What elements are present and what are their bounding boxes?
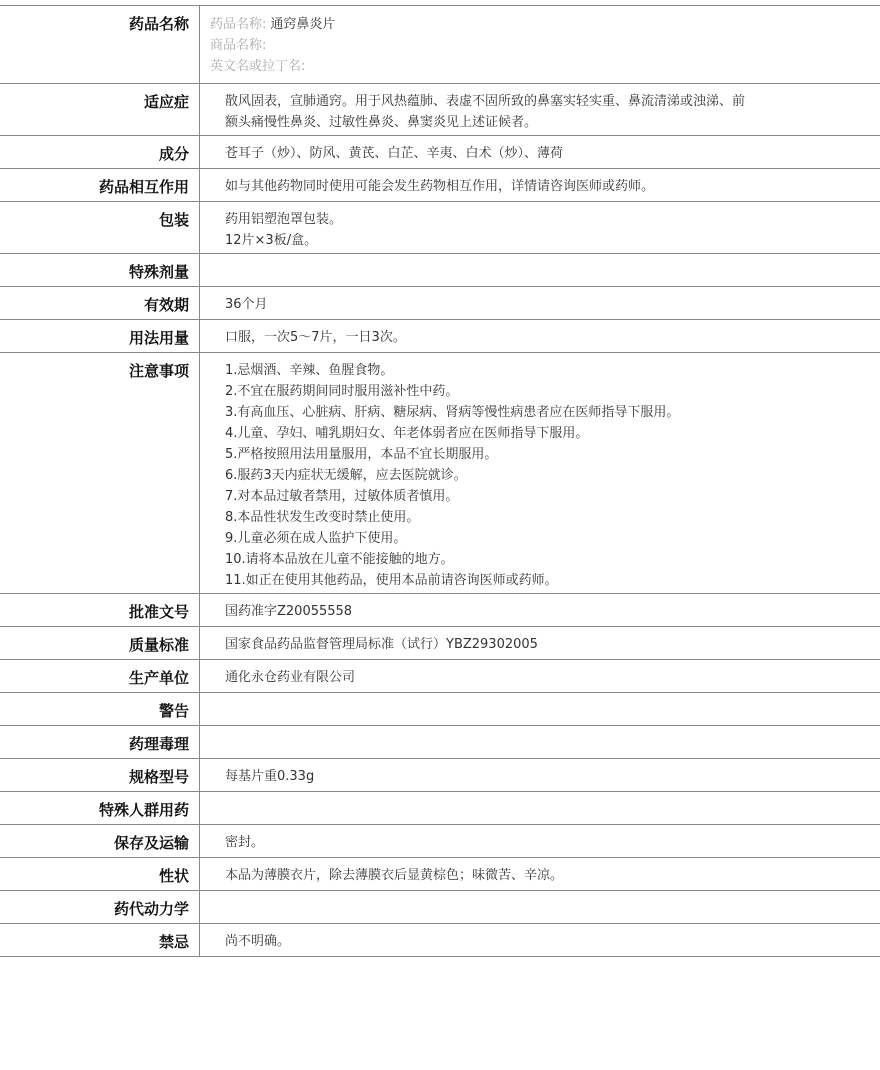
row-label: 质量标准 [0, 627, 200, 659]
row-label: 特殊人群用药 [0, 792, 200, 824]
value-line: 2.不宜在服药期间同时服用滋补性中药。 [225, 381, 880, 402]
row-value: 国家食品药品监督管理局标准（试行）YBZ29302005 [200, 627, 880, 659]
row-label: 用法用量 [0, 320, 200, 352]
value-line: 每基片重0.33g [225, 766, 880, 787]
row-value: 密封。 [200, 825, 880, 857]
value-line: 尚不明确。 [225, 931, 880, 952]
row-label: 药品相互作用 [0, 169, 200, 201]
row-label: 注意事项 [0, 353, 200, 593]
table-row: 性状本品为薄膜衣片，除去薄膜衣后显黄棕色；味微苦、辛凉。 [0, 858, 880, 891]
table-row: 规格型号每基片重0.33g [0, 759, 880, 792]
value-line: 如与其他药物同时使用可能会发生药物相互作用，详情请咨询医师或药师。 [225, 176, 880, 197]
table-row: 药理毒理 [0, 726, 880, 759]
row-label: 禁忌 [0, 924, 200, 956]
row-label: 批准文号 [0, 594, 200, 626]
table-row: 特殊人群用药 [0, 792, 880, 825]
table-row: 包装药用铝塑泡罩包装。12片×3板/盒。 [0, 202, 880, 254]
name-field-value: 通窍鼻炎片 [270, 17, 335, 32]
value-line: 药用铝塑泡罩包装。 [225, 209, 880, 230]
row-label: 警告 [0, 693, 200, 725]
row-value: 口服，一次5～7片，一日3次。 [200, 320, 880, 352]
value-line: 8.本品性状发生改变时禁止使用。 [225, 507, 880, 528]
value-line: 4.儿童、孕妇、哺乳期妇女、年老体弱者应在医师指导下服用。 [225, 423, 880, 444]
row-label: 药品名称 [0, 6, 200, 83]
table-row: 注意事项1.忌烟酒、辛辣、鱼腥食物。2.不宜在服药期间同时服用滋补性中药。3.有… [0, 353, 880, 594]
table-row: 特殊剂量 [0, 254, 880, 287]
name-field-key: 商品名称: [210, 38, 266, 53]
name-field-key: 药品名称: [210, 17, 266, 32]
row-label: 生产单位 [0, 660, 200, 692]
row-label: 包装 [0, 202, 200, 253]
value-line: 7.对本品过敏者禁用，过敏体质者慎用。 [225, 486, 880, 507]
name-field: 药品名称:通窍鼻炎片 [210, 14, 880, 35]
row-label: 药理毒理 [0, 726, 200, 758]
row-label: 特殊剂量 [0, 254, 200, 286]
row-value [200, 891, 880, 923]
table-row: 禁忌尚不明确。 [0, 924, 880, 957]
value-line: 苍耳子（炒）、防风、黄芪、白芷、辛夷、白术（炒）、薄荷 [225, 143, 880, 164]
row-value [200, 693, 880, 725]
table-row: 成分苍耳子（炒）、防风、黄芪、白芷、辛夷、白术（炒）、薄荷 [0, 136, 880, 169]
value-line: 36个月 [225, 294, 880, 315]
table-row: 生产单位通化永仓药业有限公司 [0, 660, 880, 693]
row-label: 有效期 [0, 287, 200, 319]
row-value [200, 254, 880, 286]
row-label: 规格型号 [0, 759, 200, 791]
row-value: 药用铝塑泡罩包装。12片×3板/盒。 [200, 202, 880, 253]
name-field-key: 英文名或拉丁名: [210, 59, 305, 74]
value-line: 密封。 [225, 832, 880, 853]
row-label: 性状 [0, 858, 200, 890]
table-row: 药品名称药品名称:通窍鼻炎片商品名称:英文名或拉丁名: [0, 6, 880, 84]
table-row: 用法用量口服，一次5～7片，一日3次。 [0, 320, 880, 353]
value-line: 3.有高血压、心脏病、肝病、糖尿病、肾病等慢性病患者应在医师指导下服用。 [225, 402, 880, 423]
row-value: 通化永仓药业有限公司 [200, 660, 880, 692]
row-value: 本品为薄膜衣片，除去薄膜衣后显黄棕色；味微苦、辛凉。 [200, 858, 880, 890]
row-value [200, 726, 880, 758]
value-line: 额头痛慢性鼻炎、过敏性鼻炎、鼻窦炎见上述证候者。 [225, 112, 880, 133]
row-value: 如与其他药物同时使用可能会发生药物相互作用，详情请咨询医师或药师。 [200, 169, 880, 201]
value-line: 1.忌烟酒、辛辣、鱼腥食物。 [225, 360, 880, 381]
value-line: 散风固表，宣肺通窍。用于风热蕴肺、表虚不固所致的鼻塞实轻实重、鼻流清涕或浊涕、前 [225, 91, 880, 112]
name-field: 商品名称: [210, 35, 880, 56]
table-row: 药品相互作用如与其他药物同时使用可能会发生药物相互作用，详情请咨询医师或药师。 [0, 169, 880, 202]
value-line: 11.如正在使用其他药品，使用本品前请咨询医师或药师。 [225, 570, 880, 591]
row-value [200, 792, 880, 824]
table-row: 有效期36个月 [0, 287, 880, 320]
row-value: 苍耳子（炒）、防风、黄芪、白芷、辛夷、白术（炒）、薄荷 [200, 136, 880, 168]
value-line: 12片×3板/盒。 [225, 230, 880, 251]
name-field: 英文名或拉丁名: [210, 56, 880, 77]
value-line: 口服，一次5～7片，一日3次。 [225, 327, 880, 348]
row-value: 每基片重0.33g [200, 759, 880, 791]
table-row: 保存及运输密封。 [0, 825, 880, 858]
table-row: 批准文号国药准字Z20055558 [0, 594, 880, 627]
value-line: 10.请将本品放在儿童不能接触的地方。 [225, 549, 880, 570]
row-value: 药品名称:通窍鼻炎片商品名称:英文名或拉丁名: [200, 6, 880, 83]
row-label: 成分 [0, 136, 200, 168]
row-label: 适应症 [0, 84, 200, 135]
row-value: 散风固表，宣肺通窍。用于风热蕴肺、表虚不固所致的鼻塞实轻实重、鼻流清涕或浊涕、前… [200, 84, 880, 135]
row-value: 国药准字Z20055558 [200, 594, 880, 626]
value-line: 本品为薄膜衣片，除去薄膜衣后显黄棕色；味微苦、辛凉。 [225, 865, 880, 886]
table-row: 适应症散风固表，宣肺通窍。用于风热蕴肺、表虚不固所致的鼻塞实轻实重、鼻流清涕或浊… [0, 84, 880, 136]
table-row: 药代动力学 [0, 891, 880, 924]
row-value: 尚不明确。 [200, 924, 880, 956]
row-value: 36个月 [200, 287, 880, 319]
value-line: 国药准字Z20055558 [225, 601, 880, 622]
row-label: 药代动力学 [0, 891, 200, 923]
table-row: 警告 [0, 693, 880, 726]
value-line: 9.儿童必须在成人监护下使用。 [225, 528, 880, 549]
value-line: 通化永仓药业有限公司 [225, 667, 880, 688]
value-line: 5.严格按照用法用量服用，本品不宜长期服用。 [225, 444, 880, 465]
drug-info-table: 药品名称药品名称:通窍鼻炎片商品名称:英文名或拉丁名:适应症散风固表，宣肺通窍。… [0, 5, 880, 957]
row-value: 1.忌烟酒、辛辣、鱼腥食物。2.不宜在服药期间同时服用滋补性中药。3.有高血压、… [200, 353, 880, 593]
value-line: 国家食品药品监督管理局标准（试行）YBZ29302005 [225, 634, 880, 655]
value-line: 6.服药3天内症状无缓解，应去医院就诊。 [225, 465, 880, 486]
table-row: 质量标准国家食品药品监督管理局标准（试行）YBZ29302005 [0, 627, 880, 660]
row-label: 保存及运输 [0, 825, 200, 857]
